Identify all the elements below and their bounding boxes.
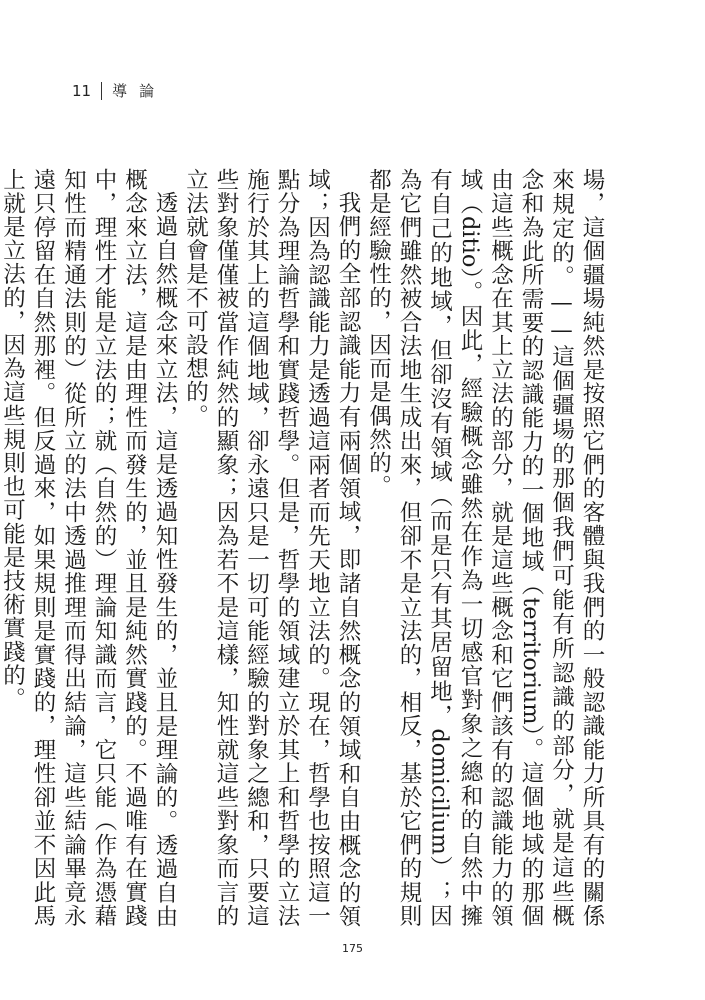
header-divider	[101, 82, 102, 100]
running-head: 11 導論	[72, 80, 166, 101]
paragraph: 透過自然概念來立法，這是透過知性發生的，並且是理論的。透過自由概念來立法，這是由…	[0, 168, 180, 928]
page-number: 175	[0, 942, 705, 955]
latin-term: ditio	[457, 216, 483, 267]
latin-term: domicilium	[427, 728, 453, 855]
paragraph: 我們的全部認識能力有兩個領域，即諸自然概念的領域和自由概念的領域；因為認識能力是…	[180, 168, 363, 928]
body-text: 場，這個疆場純然是按照它們的客體與我們的一般認識能力所具有的關係來規定的。——這…	[0, 168, 607, 928]
chapter-title: 導論	[112, 80, 166, 101]
latin-term: territorium	[518, 597, 544, 724]
paragraph-continued: 場，這個疆場純然是按照它們的客體與我們的一般認識能力所具有的關係來規定的。——這…	[363, 168, 607, 928]
chapter-number: 11	[72, 82, 91, 100]
